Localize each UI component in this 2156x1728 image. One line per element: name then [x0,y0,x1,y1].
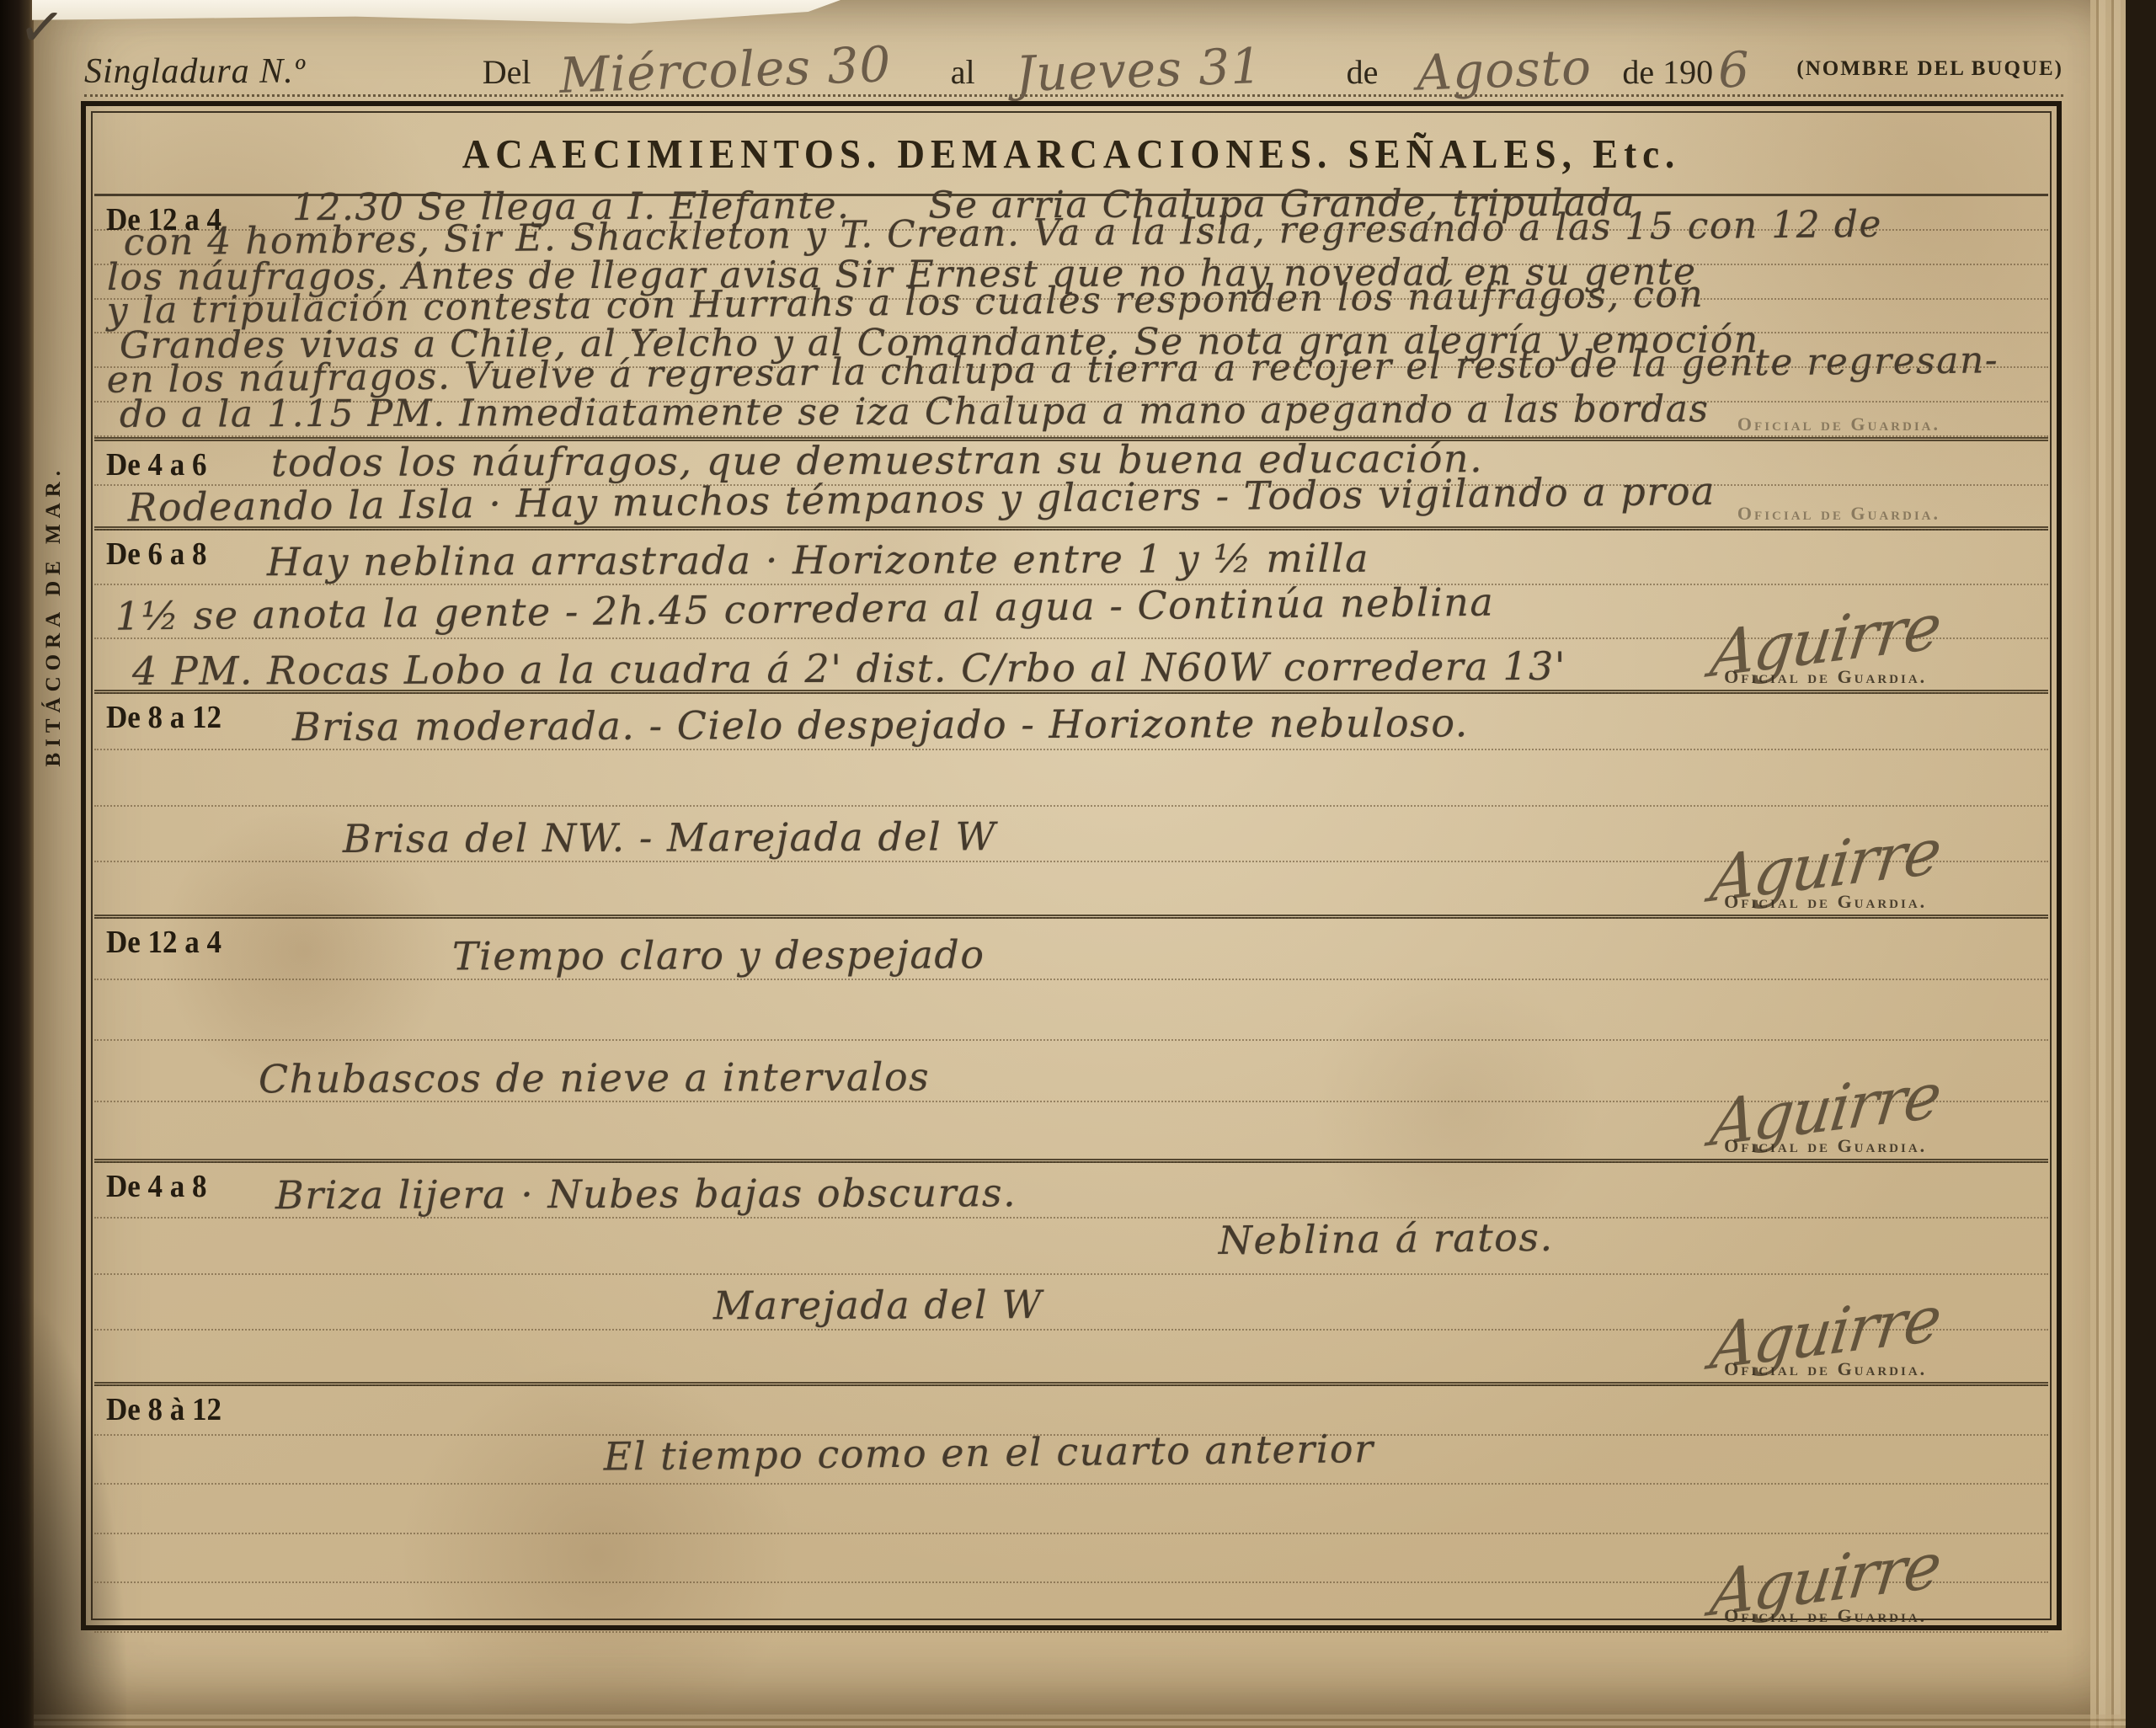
log-entry-text: 1½ se anota la gente - 2h.45 corredera a… [94,583,1495,636]
officer-of-watch-label: Oficial de Guardia. [1737,503,1940,525]
log-section: De 4 a 6todos los náufragos, que demuest… [94,437,2048,526]
officer-of-watch-label: Oficial de Guardia. [1710,666,1940,688]
watch-period-label: De 8 a 12 [106,699,221,735]
margin-spine-label: BITÁCORA DE MAR. [42,465,66,767]
officer-of-watch-label: Oficial de Guardia. [1710,1358,1940,1380]
ruled-line: Tiempo claro y despejado [94,919,2048,980]
log-entry-text: Briza lijera · Nubes bajas obscuras. [94,1173,1017,1215]
de-label: de [1347,56,1379,94]
signature-block: AguirreOficial de Guardia. [1710,1552,1940,1627]
ruled-line: El tiempo como en el cuarto anterior [94,1436,2048,1485]
ruled-line [94,1485,2048,1534]
log-entry-text: Chubascos de nieve a intervalos [94,1057,930,1098]
log-section: De 12 a 4Tiempo claro y despejadoChubasc… [94,915,2048,1159]
page-edges [2090,0,2126,1728]
log-entry-text: Neblina á ratos. [94,1217,1554,1271]
singladura-header: Singladura N.º Del Miércoles 30 al Jueve… [84,22,2063,97]
day-to-handwriting: Jueves 31 [1015,41,1263,99]
log-entry-text: Tiempo claro y despejado [94,935,985,977]
watch-period-label: De 4 a 8 [106,1168,207,1204]
officer-of-watch-label: Oficial de Guardia. [1710,891,1940,913]
log-frame-content: ACAECIMIENTOS. DEMARCACIONES. SEÑALES, E… [94,115,2048,1617]
pencil-checkmark: ✓ [15,0,68,62]
watch-period-label: De 4 a 6 [106,446,207,483]
officer-of-watch-label: Oficial de Guardia. [1737,413,1940,435]
ruled-line: Hay neblina arrastrada · Horizonte entre… [94,531,2048,585]
log-entry-text: Hay neblina arrastrada · Horizonte entre… [94,538,1369,581]
ruled-line: Briza lijera · Nubes bajas obscuras. [94,1163,2048,1219]
page-title: ACAECIMIENTOS. DEMARCACIONES. SEÑALES, E… [462,131,1681,178]
ship-name-label: (NOMBRE DEL BUQUE) [1796,57,2063,94]
signature-block: Oficial de Guardia. [1737,506,1940,525]
watch-period-label: De 8 à 12 [106,1391,221,1427]
log-frame: ACAECIMIENTOS. DEMARCACIONES. SEÑALES, E… [81,101,2062,1630]
log-sections: De 12 a 412.30 Se llega a I. Elefante. S… [94,196,2048,1629]
log-entry-text: El tiempo como en el cuarto anterior [94,1429,1374,1481]
logbook-scan: ✓ Singladura N.º Del Miércoles 30 al Jue… [0,0,2156,1728]
ruled-line [94,980,2048,1042]
ruled-line: Neblina á ratos. [94,1219,2048,1274]
singladura-label: Singladura N.º [84,54,306,94]
watch-period-label: De 12 a 4 [106,924,221,960]
signature-block: AguirreOficial de Guardia. [1710,1082,1940,1157]
log-section: De 12 a 412.30 Se llega a I. Elefante. S… [94,196,2048,437]
month-handwriting: Agosto [1416,42,1593,97]
log-section: De 8 à 12El tiempo como en el cuarto ant… [94,1382,2048,1629]
log-entry-text: Brisa del NW. - Marejada del W [94,818,996,860]
log-section: De 4 a 8Briza lijera · Nubes bajas obscu… [94,1159,2048,1382]
ruled-line [94,1386,2048,1436]
day-from-handwriting: Miércoles 30 [559,40,893,100]
log-section: De 6 a 8Hay neblina arrastrada · Horizon… [94,526,2048,690]
log-entry-text: Brisa moderada. - Cielo despejado - Hori… [94,703,1469,747]
del-label: Del [483,56,531,94]
de-year-label: de 190 [1622,56,1713,94]
watch-period-label: De 6 a 8 [106,536,207,572]
log-entry-text: 4 PM. Rocas Lobo a la cuadra á 2' dist. … [94,647,1566,691]
year-digit-handwriting: 6 [1717,45,1751,94]
signature-block: AguirreOficial de Guardia. [1710,1305,1940,1380]
page-edge-bottom [32,1715,2126,1728]
al-label: al [951,56,975,94]
log-entry-text: do a la 1.15 PM. Inmediatamente se iza C… [94,391,1710,434]
officer-of-watch-label: Oficial de Guardia. [1710,1135,1940,1157]
ruled-line [94,750,2048,807]
signature-block: Oficial de Guardia. [1737,417,1940,435]
signature-block: AguirreOficial de Guardia. [1710,838,1940,913]
ruled-line: Brisa moderada. - Cielo despejado - Hori… [94,694,2048,750]
officer-of-watch-label: Oficial de Guardia. [1710,1605,1940,1627]
log-section: De 8 a 12Brisa moderada. - Cielo despeja… [94,690,2048,915]
log-entry-text: Marejada del W [94,1285,1043,1327]
watch-period-label: De 12 a 4 [106,201,221,237]
signature-block: AguirreOficial de Guardia. [1710,613,1940,688]
